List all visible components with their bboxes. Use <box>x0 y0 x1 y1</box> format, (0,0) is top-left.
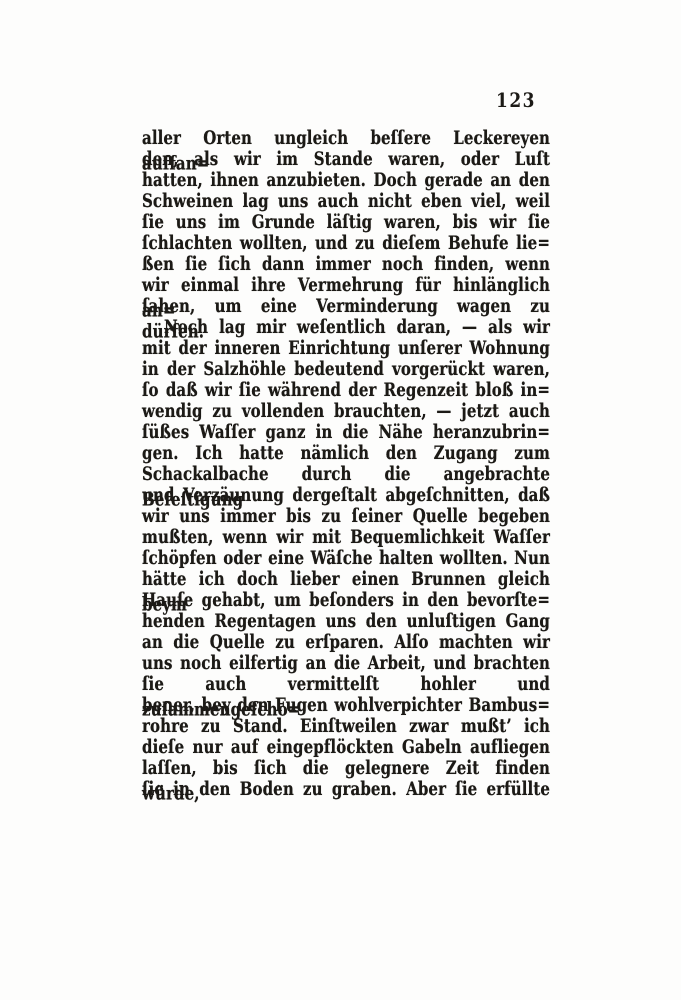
text-block: aller Orten ungleich beſſere Leckereyen … <box>142 128 550 800</box>
text-line: ſie in den Boden zu graben. Aber ſie erf… <box>142 777 550 803</box>
book-page: 123 aller Orten ungleich beſſere Leckere… <box>0 0 681 1000</box>
page-number: 123 <box>492 90 540 113</box>
